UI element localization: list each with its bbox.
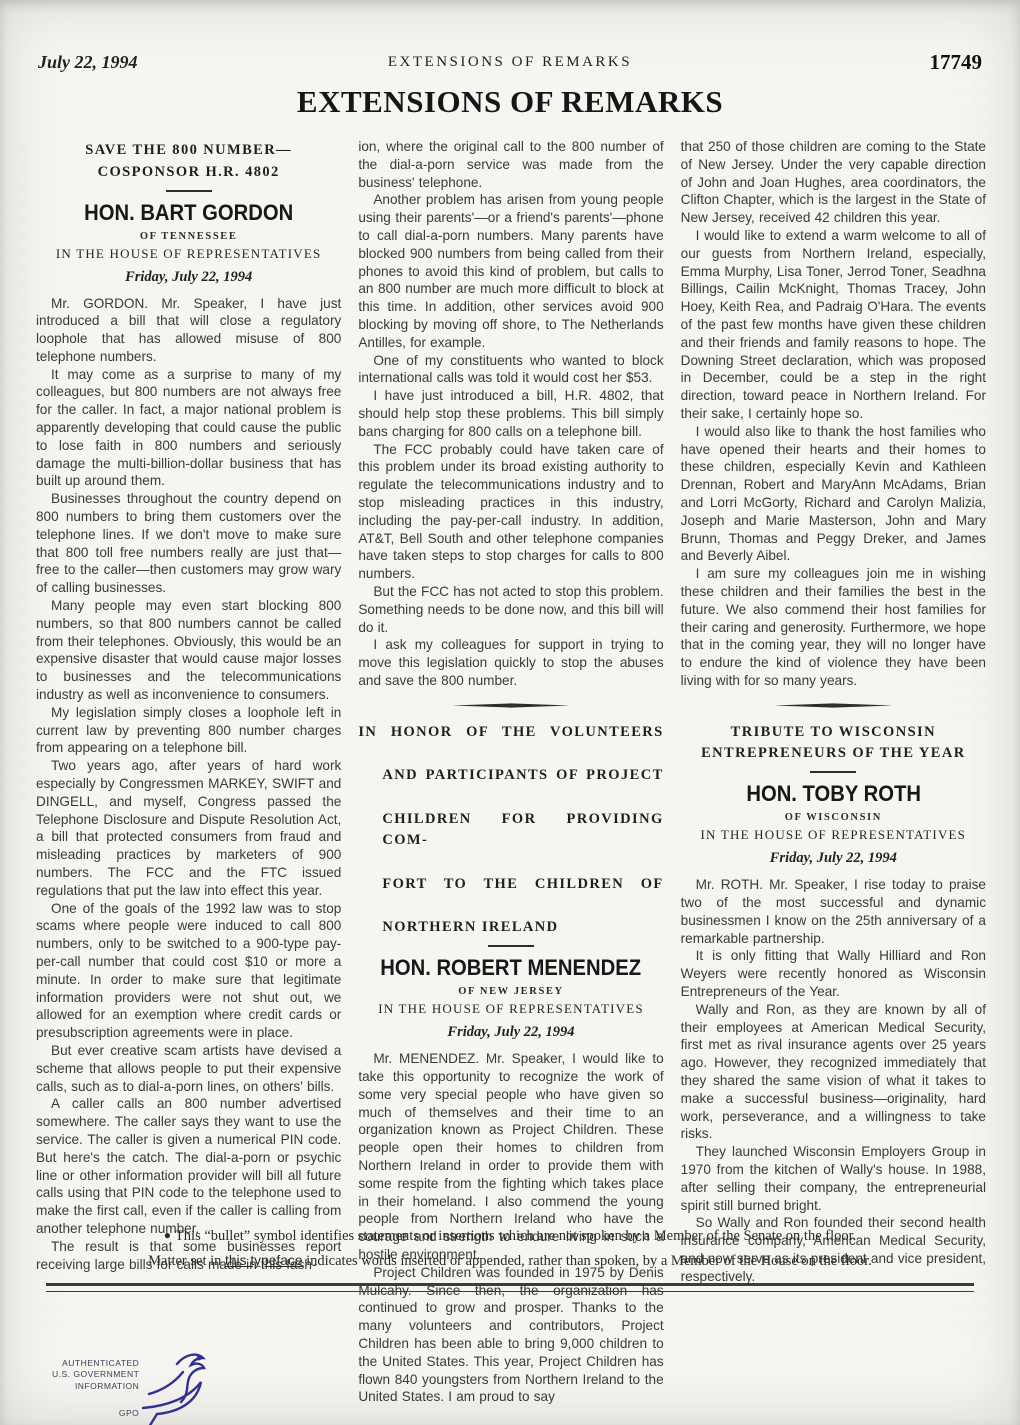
page-number: 17749	[930, 50, 983, 75]
paragraph: It may come as a surprise to many of my …	[36, 366, 341, 491]
article-title-line: FORT TO THE CHILDREN OF	[358, 874, 663, 918]
article-title: SAVE THE 800 NUMBER—COSPONSOR H.R. 4802	[36, 140, 341, 184]
column-3: that 250 of those children are coming to…	[681, 138, 986, 1406]
paragraph: But ever creative scam artists have devi…	[36, 1042, 341, 1095]
running-title: EXTENSIONS OF REMARKS	[38, 54, 982, 71]
article-columns: SAVE THE 800 NUMBER—COSPONSOR H.R. 4802H…	[36, 138, 986, 1406]
article-divider	[452, 703, 570, 708]
column-1: SAVE THE 800 NUMBER—COSPONSOR H.R. 4802H…	[36, 138, 341, 1406]
paragraph: Many people may even start blocking 800 …	[36, 597, 341, 704]
speaker-state: OF WISCONSIN	[681, 812, 986, 823]
gpo-text-line: AUTHENTICATED	[62, 1358, 139, 1369]
article-title-line: AND PARTICIPANTS OF PROJECT	[358, 765, 663, 809]
paragraph: I ask my colleagues for support in tryin…	[358, 636, 663, 689]
article-title-line: COSPONSOR H.R. 4802	[36, 162, 341, 184]
speaker-state: OF TENNESSEE	[36, 231, 341, 242]
article-title: IN HONOR OF THE VOLUNTEERSAND PARTICIPAN…	[358, 722, 663, 940]
speech-date: Friday, July 22, 1994	[681, 850, 986, 867]
speech-date: Friday, July 22, 1994	[36, 269, 341, 286]
bullet-symbol: ●	[164, 1228, 171, 1242]
article-title: TRIBUTE TO WISCONSINENTREPRENEURS OF THE…	[681, 722, 986, 766]
speaker-name: HON. ROBERT MENENDEZ	[371, 955, 652, 981]
page-title: EXTENSIONS OF REMARKS	[0, 84, 1020, 120]
paragraph: They launched Wisconsin Employers Group …	[681, 1143, 986, 1214]
speaker-chamber: IN THE HOUSE OF REPRESENTATIVES	[681, 827, 986, 843]
paragraph: ion, where the original call to the 800 …	[358, 138, 663, 191]
gpo-logo-text: AUTHENTICATED U.S. GOVERNMENT INFORMATIO…	[52, 1358, 139, 1420]
title-rule	[810, 771, 856, 773]
article-title-line: NORTHERN IRELAND	[358, 917, 663, 939]
article-title-line: ENTREPRENEURS OF THE YEAR	[681, 743, 986, 765]
article-title-line: TRIBUTE TO WISCONSIN	[681, 722, 986, 744]
paragraph: Mr. ROTH. Mr. Speaker, I rise today to p…	[681, 876, 986, 947]
footer-rule	[46, 1283, 974, 1292]
gpo-authentication-logo: AUTHENTICATED U.S. GOVERNMENT INFORMATIO…	[52, 1350, 213, 1425]
paragraph: The FCC probably could have taken care o…	[358, 441, 663, 583]
speaker-name: HON. TOBY ROTH	[693, 781, 974, 807]
gpo-wordmark: GPO	[119, 1408, 139, 1419]
paragraph: One of my constituents who wanted to blo…	[358, 352, 663, 388]
article-divider	[774, 703, 892, 708]
footnote-house: Matter set in this typeface indicates wo…	[46, 1249, 974, 1274]
paragraph: Two years ago, after years of hard work …	[36, 757, 341, 899]
article-title-line: CHILDREN FOR PROVIDING COM-	[358, 809, 663, 874]
footnote-house-suffix: indicates words inserted or appended, ra…	[303, 1253, 872, 1269]
column-2: ion, where the original call to the 800 …	[358, 138, 663, 1406]
paragraph: I would like to extend a warm welcome to…	[681, 227, 986, 423]
footnote-block: ●This “bullet” symbol identifies stateme…	[46, 1224, 974, 1275]
speaker-chamber: IN THE HOUSE OF REPRESENTATIVES	[358, 1001, 663, 1017]
paragraph: Wally and Ron, as they are known by all …	[681, 1001, 986, 1143]
paragraph: But the FCC has not acted to stop this p…	[358, 583, 663, 636]
speaker-name: HON. BART GORDON	[48, 200, 329, 226]
running-header: July 22, 1994 EXTENSIONS OF REMARKS 1774…	[38, 52, 982, 78]
paragraph: A caller calls an 800 number advertised …	[36, 1095, 341, 1237]
gpo-eagle-icon	[139, 1350, 213, 1425]
paragraph: My legislation simply closes a loophole …	[36, 704, 341, 757]
typeface-sample: this typeface	[225, 1253, 302, 1268]
article-title-line: SAVE THE 800 NUMBER—	[36, 140, 341, 162]
paragraph: Another problem has arisen from young pe…	[358, 191, 663, 351]
paragraph: Businesses throughout the country depend…	[36, 490, 341, 597]
congressional-record-page: July 22, 1994 EXTENSIONS OF REMARKS 1774…	[0, 0, 1020, 1425]
paragraph: Mr. GORDON. Mr. Speaker, I have just int…	[36, 295, 341, 366]
speech-date: Friday, July 22, 1994	[358, 1024, 663, 1041]
paragraph: It is only fitting that Wally Hilliard a…	[681, 947, 986, 1000]
gpo-text-line: INFORMATION	[75, 1381, 139, 1392]
title-rule	[166, 190, 212, 192]
gpo-text-line: U.S. GOVERNMENT	[52, 1369, 139, 1380]
speaker-state: OF NEW JERSEY	[358, 986, 663, 997]
paragraph: I have just introduced a bill, H.R. 4802…	[358, 387, 663, 440]
footnote-senate: ●This “bullet” symbol identifies stateme…	[46, 1224, 974, 1249]
paragraph: I would also like to thank the host fami…	[681, 423, 986, 565]
bleed-through-ghost	[0, 150, 30, 810]
footnote-senate-text: This “bullet” symbol identifies statemen…	[175, 1228, 856, 1244]
paragraph: One of the goals of the 1992 law was to …	[36, 900, 341, 1042]
speaker-chamber: IN THE HOUSE OF REPRESENTATIVES	[36, 246, 341, 262]
paragraph: I am sure my colleagues join me in wishi…	[681, 565, 986, 690]
page-footer: ●This “bullet” symbol identifies stateme…	[46, 1224, 974, 1292]
title-rule	[488, 945, 534, 947]
footnote-house-prefix: Matter set in	[148, 1253, 225, 1269]
article-title-line: IN HONOR OF THE VOLUNTEERS	[358, 722, 663, 766]
paragraph: that 250 of those children are coming to…	[681, 138, 986, 227]
